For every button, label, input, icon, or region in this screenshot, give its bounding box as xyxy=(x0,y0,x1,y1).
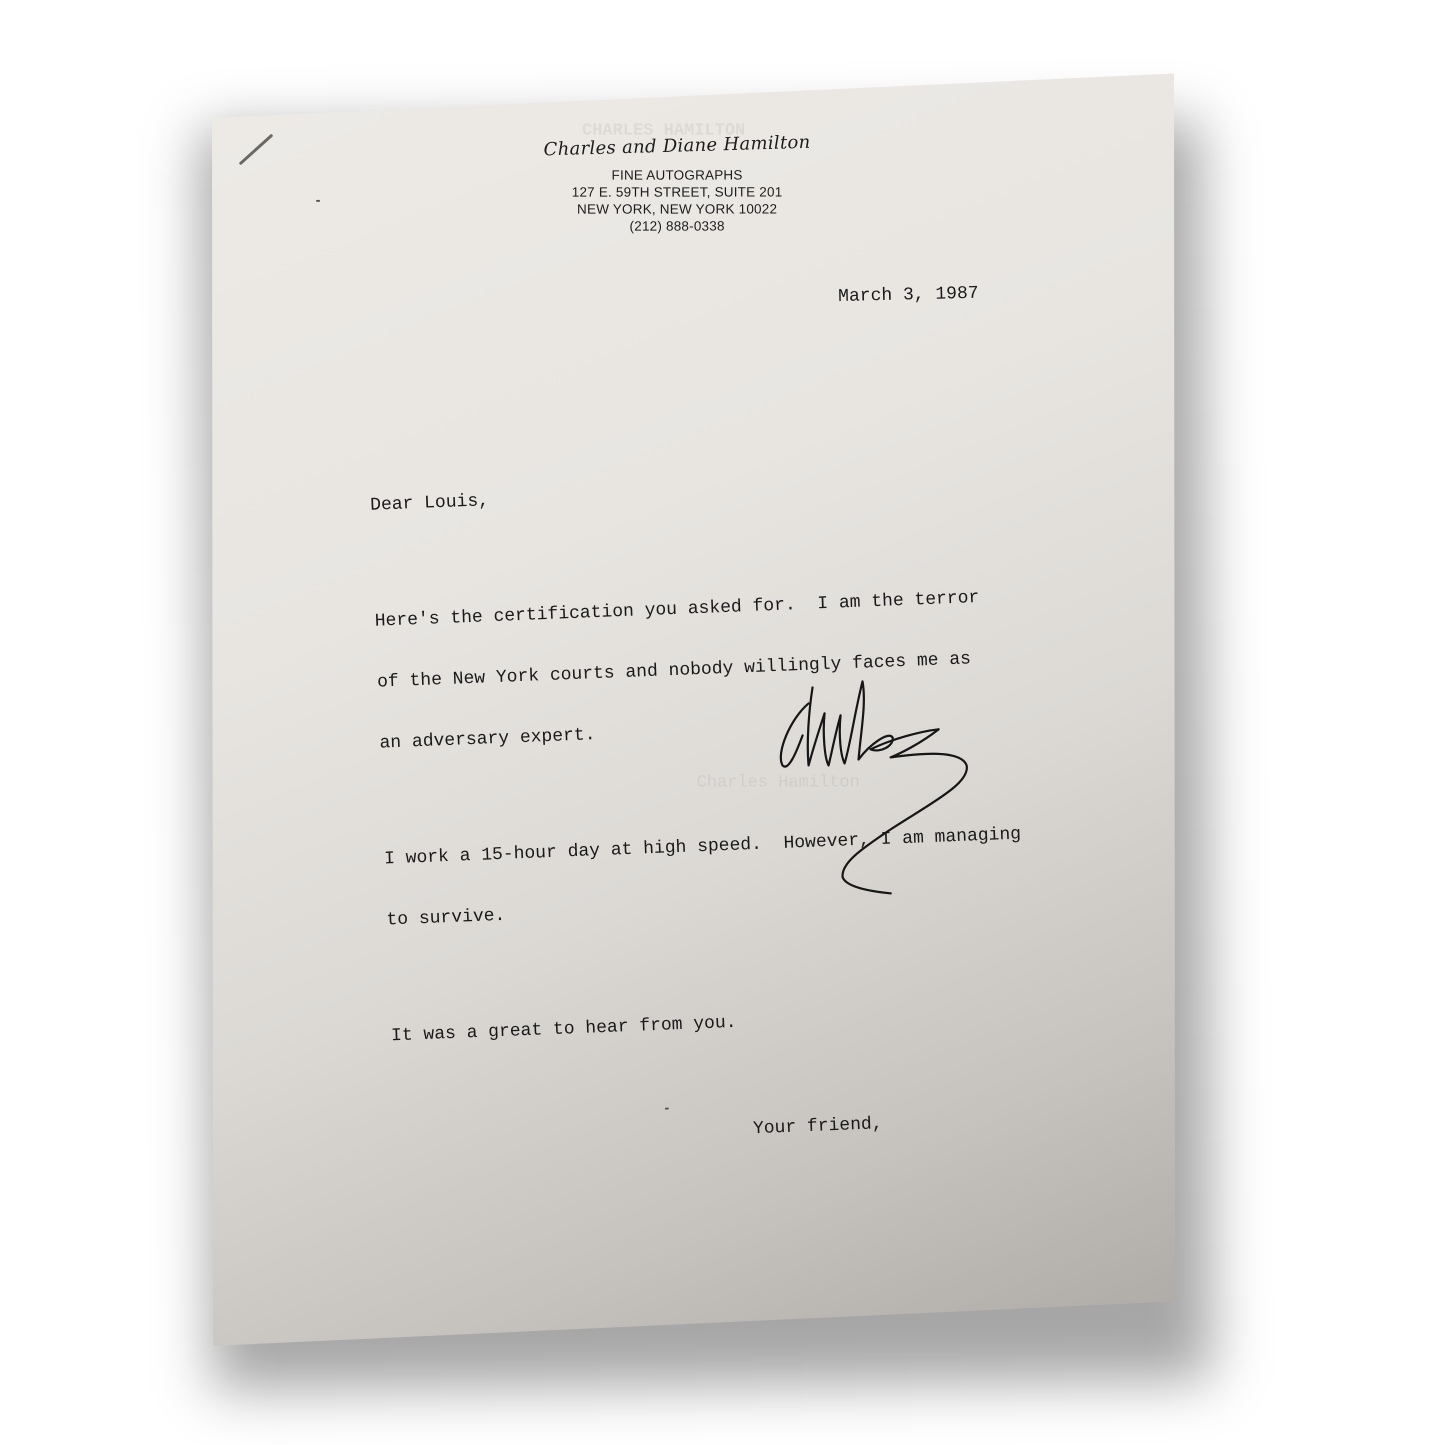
paragraph-3-line-1: It was a great to hear from you. xyxy=(391,1001,1029,1047)
letter-sheet: CHARLES HAMILTON Charles Hamilton Charle… xyxy=(212,73,1175,1345)
pen-mark xyxy=(239,134,274,166)
speck xyxy=(316,200,320,202)
letter-date: March 3, 1987 xyxy=(838,284,979,307)
letterhead-phone: (212) 888-0338 xyxy=(512,217,842,234)
closing: Your friend, xyxy=(753,1108,1033,1140)
letterhead-address-1: 127 E. 59TH STREET, SUITE 201 xyxy=(512,183,842,200)
signature xyxy=(771,673,1011,903)
paragraph-1-line-1: Here's the certification you asked for. … xyxy=(374,587,1012,633)
letterhead-names: Charles and Diane Hamilton xyxy=(512,131,842,161)
letterhead-address-2: NEW YORK, NEW YORK 10022 xyxy=(512,200,842,217)
salutation: Dear Louis, xyxy=(370,471,1008,517)
letterhead-business: FINE AUTOGRAPHS xyxy=(512,166,842,183)
letterhead: Charles and Diane Hamilton FINE AUTOGRAP… xyxy=(512,135,842,234)
